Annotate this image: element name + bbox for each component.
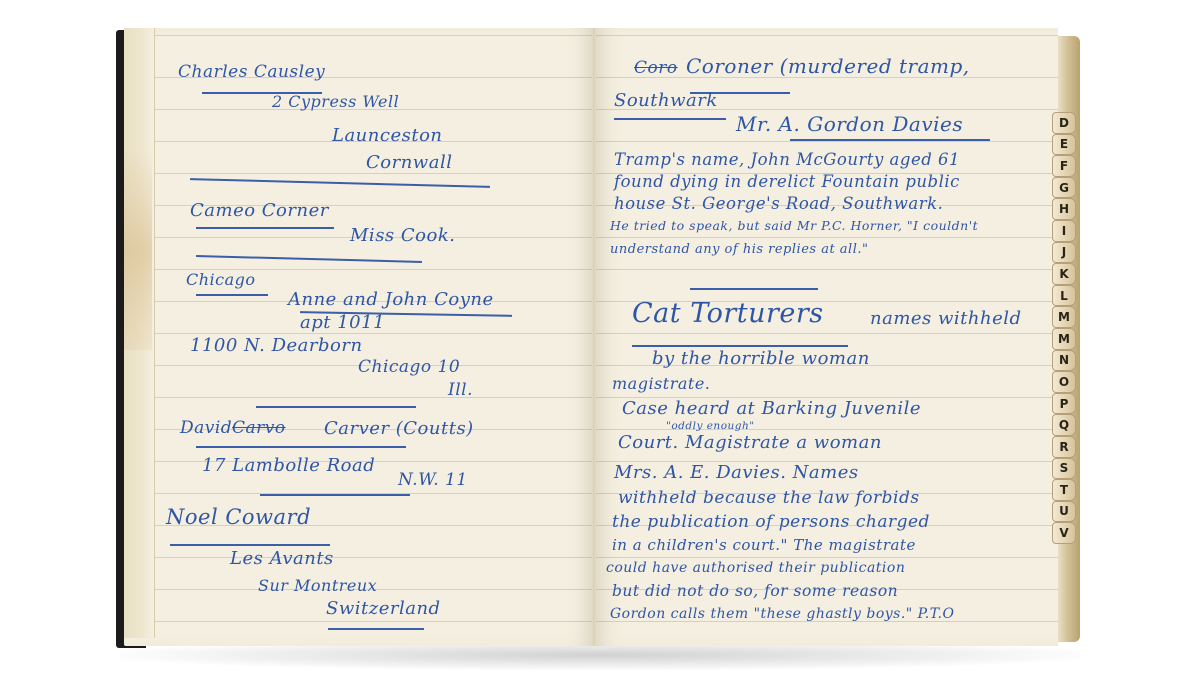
index-tab[interactable]: F <box>1052 155 1076 177</box>
index-tab[interactable]: M <box>1052 306 1076 328</box>
body-line: He tried to speak, but said Mr P.C. Horn… <box>610 218 978 233</box>
heading: Coroner (murdered tramp, <box>686 54 970 78</box>
entry-address-line: 2 Cypress Well <box>272 92 399 111</box>
entry-name-struck: Carvo <box>232 418 286 438</box>
body-line: magistrate. <box>612 374 710 393</box>
underline <box>790 139 990 141</box>
index-tab[interactable]: T <box>1052 479 1076 501</box>
body-line: house St. George's Road, Southwark. <box>614 194 943 213</box>
entry-address-line: Anne and John Coyne <box>288 289 494 310</box>
body-line: Case heard at Barking Juvenile <box>622 398 921 419</box>
underline <box>196 227 334 229</box>
paper-stain <box>124 150 152 350</box>
body-line: in a children's court." The magistrate <box>612 536 916 554</box>
book-gutter <box>592 28 596 646</box>
body-line: withheld because the law forbids <box>618 488 920 508</box>
entry-address-line: Cornwall <box>366 152 452 173</box>
subheading: Southwark <box>614 90 718 111</box>
section-title: Cat Torturers <box>632 298 824 329</box>
index-tab[interactable]: R <box>1052 436 1076 458</box>
body-line: Gordon calls them "these ghastly boys." … <box>610 606 954 622</box>
separator-line <box>690 288 818 290</box>
entry-address-line: Ill. <box>448 380 473 400</box>
inserted-note: "oddly enough" <box>666 420 755 432</box>
entry-address-line: 1100 N. Dearborn <box>190 335 363 356</box>
underline <box>196 446 406 448</box>
underline <box>632 345 848 347</box>
index-tab[interactable]: G <box>1052 177 1076 199</box>
contact-name: Mr. A. Gordon Davies <box>736 112 963 136</box>
index-tab[interactable]: H <box>1052 198 1076 220</box>
separator-line <box>256 406 416 408</box>
index-tab[interactable]: Q <box>1052 414 1076 436</box>
index-tab[interactable]: J <box>1052 242 1076 264</box>
entry-address-line: 17 Lambolle Road <box>202 455 375 476</box>
body-line: the publication of persons charged <box>612 512 930 532</box>
entry-address-line: Switzerland <box>326 598 441 619</box>
entry-name: Charles Causley <box>178 62 325 82</box>
index-tab[interactable]: S <box>1052 458 1076 480</box>
separator-line <box>260 494 410 496</box>
index-tab[interactable]: U <box>1052 501 1076 523</box>
entry-address-line: Launceston <box>332 125 443 146</box>
index-tab[interactable]: I <box>1052 220 1076 242</box>
underline <box>170 544 330 546</box>
entry-name: Chicago <box>186 270 256 289</box>
entry-address-line: Miss Cook. <box>350 225 455 246</box>
heading-struck: Coro <box>634 58 678 78</box>
body-line: found dying in derelict Fountain public <box>614 172 960 191</box>
index-tab[interactable]: O <box>1052 371 1076 393</box>
index-tab[interactable]: E <box>1052 134 1076 156</box>
alphabet-index-tabs: D E F G H I J K L M M N O P Q R S T U V <box>1052 112 1078 544</box>
body-line: but did not do so, for some reason <box>612 582 898 600</box>
underline <box>328 628 424 630</box>
entry-address-line: N.W. 11 <box>398 470 468 490</box>
underline <box>614 118 726 120</box>
index-tab[interactable]: P <box>1052 393 1076 415</box>
index-tab[interactable]: D <box>1052 112 1076 134</box>
index-tab[interactable]: N <box>1052 350 1076 372</box>
entry-name: Noel Coward <box>166 505 311 529</box>
entry-name: Carver (Coutts) <box>324 418 474 439</box>
entry-address-line: apt 1011 <box>300 312 385 333</box>
index-tab[interactable]: M <box>1052 328 1076 350</box>
underline <box>196 294 268 296</box>
body-line: by the horrible woman <box>652 348 870 369</box>
body-line: Court. Magistrate a woman <box>618 432 882 453</box>
index-tab[interactable]: L <box>1052 285 1076 307</box>
notebook-photo: D E F G H I J K L M M N O P Q R S T U V … <box>0 0 1200 685</box>
body-line: understand any of his replies at all." <box>610 242 868 257</box>
entry-name: Cameo Corner <box>190 200 329 221</box>
section-title-tail: names withheld <box>870 308 1022 329</box>
entry-address-line: Les Avants <box>230 548 334 569</box>
entry-name-prefix: David <box>180 418 232 438</box>
body-line: could have authorised their publication <box>606 560 905 576</box>
entry-address-line: Chicago 10 <box>358 357 460 377</box>
index-tab[interactable]: K <box>1052 263 1076 285</box>
index-tab[interactable]: V <box>1052 522 1076 544</box>
entry-address-line: Sur Montreux <box>258 576 377 595</box>
body-line: Mrs. A. E. Davies. Names <box>614 462 859 483</box>
body-line: Tramp's name, John McGourty aged 61 <box>614 150 960 169</box>
